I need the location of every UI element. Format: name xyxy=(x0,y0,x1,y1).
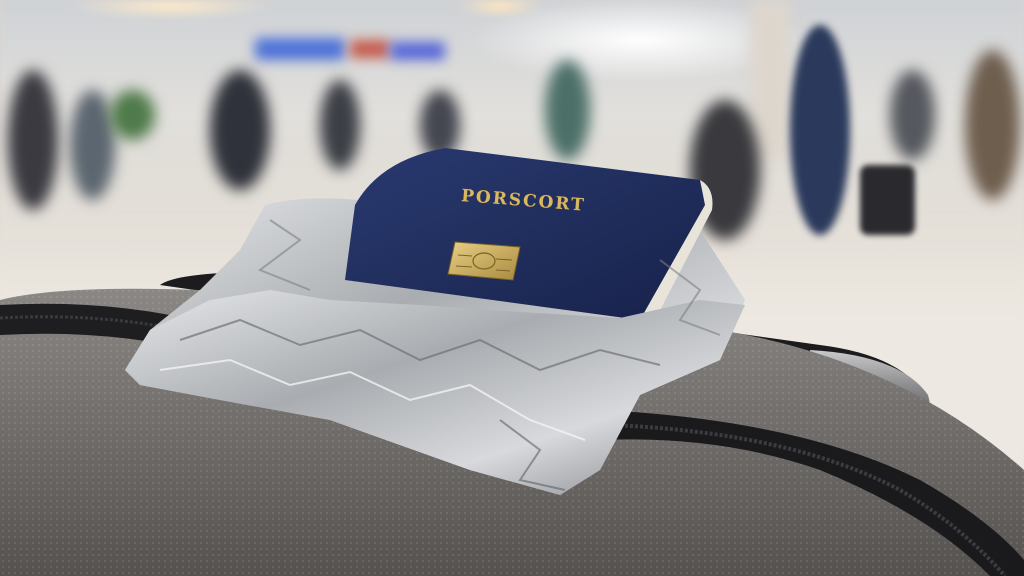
foreground-objects xyxy=(0,0,1024,576)
biometric-chip-icon xyxy=(448,242,520,280)
photo-scene: PORSCORT xyxy=(0,0,1024,576)
